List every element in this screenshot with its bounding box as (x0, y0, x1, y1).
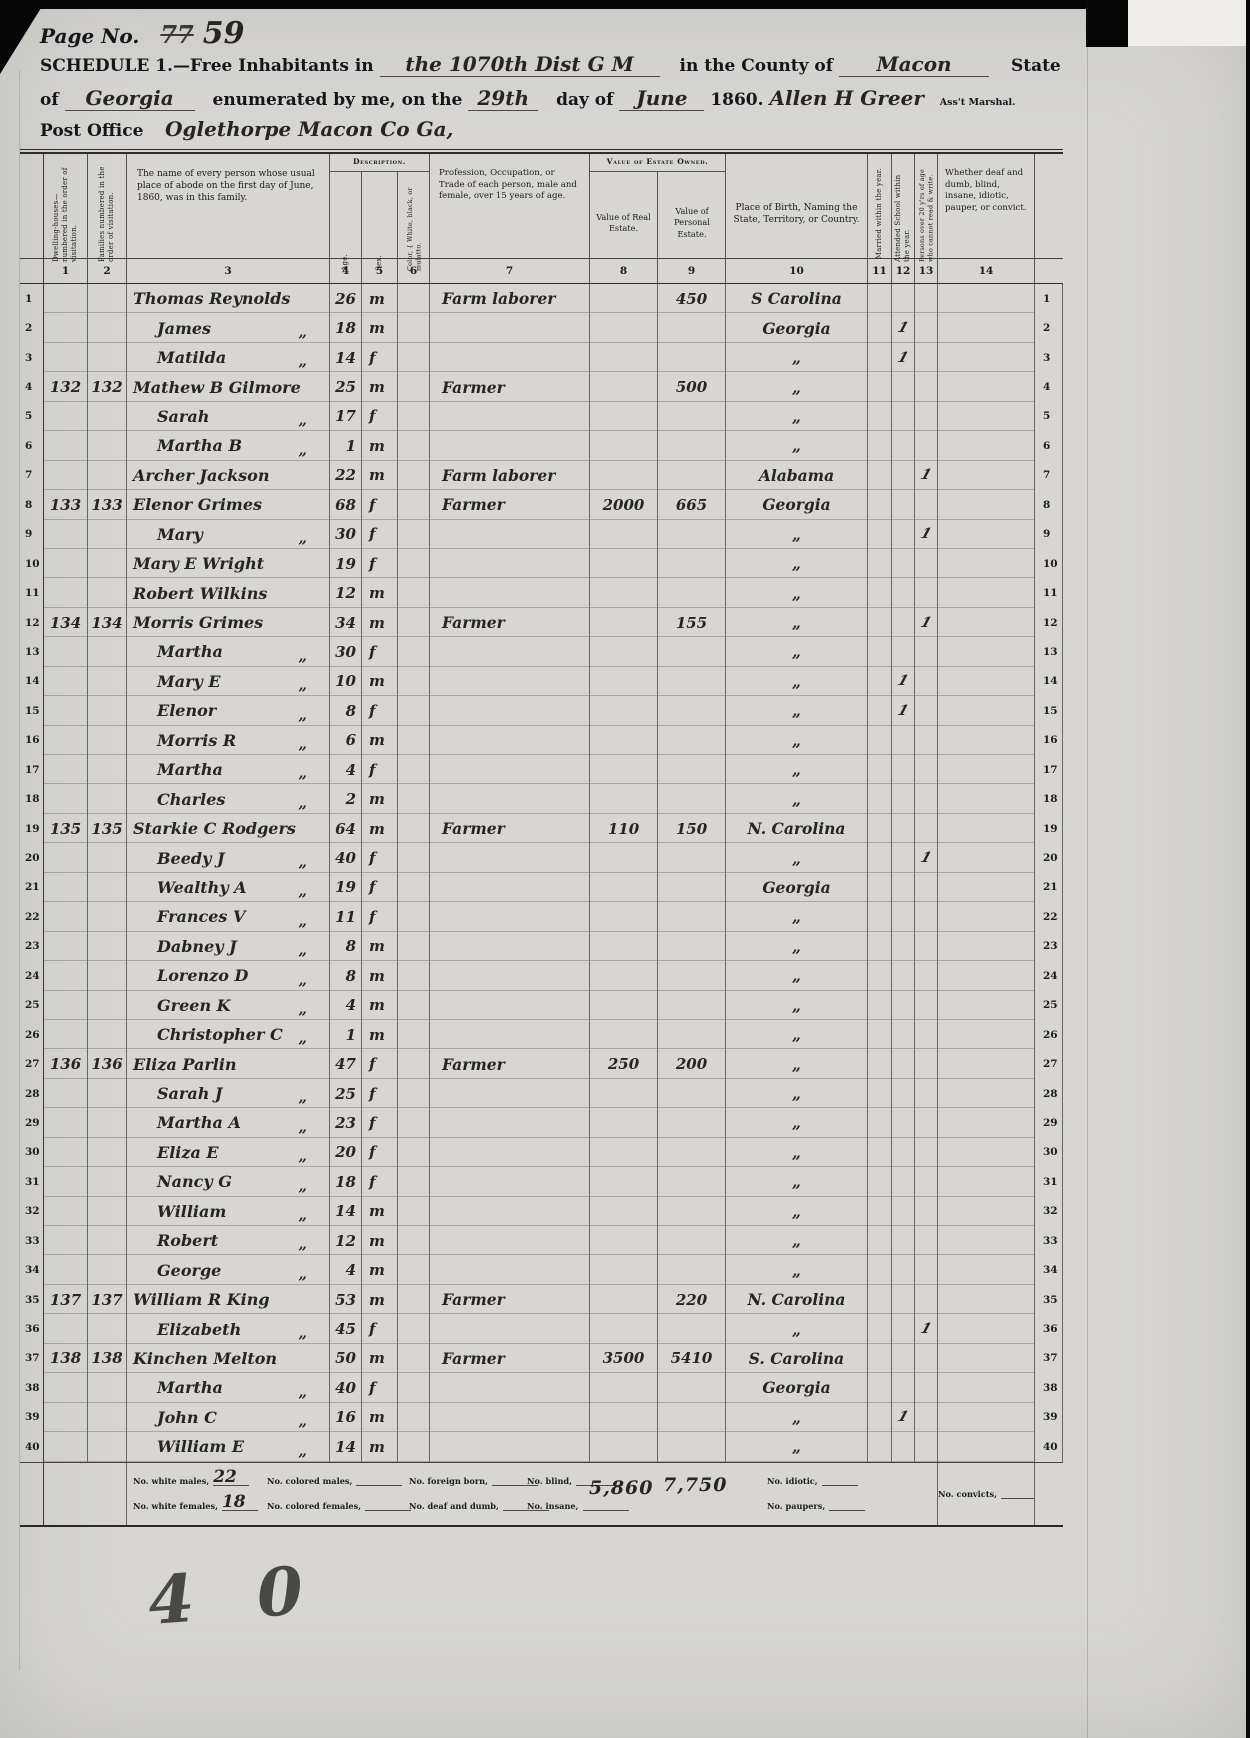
cell-age: 18 (330, 313, 362, 342)
cell-personal-estate: 220 (658, 1285, 726, 1314)
cell-personal-estate: 155 (658, 608, 726, 637)
convicts-label: No. convicts, (938, 1489, 997, 1499)
table-row: 7Archer Jackson22mFarm laborerAlabama17 (20, 461, 1063, 490)
cell-birthplace: „ (726, 726, 868, 755)
cell-school (892, 1344, 915, 1373)
cell-occupation: Farm laborer (430, 284, 590, 313)
cell-sex: m (362, 1255, 398, 1284)
cell-remarks (938, 1167, 1035, 1196)
cell-remarks (938, 1020, 1035, 1049)
cell-personal-estate (658, 1167, 726, 1196)
table-row: 19135135Starkie C Rodgers64mFarmer110150… (20, 814, 1063, 843)
cell-real-estate: 110 (590, 814, 658, 843)
cell-dwelling (43, 1403, 88, 1432)
cell-cannot-read (915, 1049, 938, 1078)
row-number-right: 15 (1035, 696, 1063, 725)
cell-birthplace: „ (726, 1314, 868, 1343)
cell-cannot-read (915, 696, 938, 725)
cell-school (892, 784, 915, 813)
cell-birthplace: „ (726, 1079, 868, 1108)
row-number-right: 16 (1035, 726, 1063, 755)
cell-age: 6 (330, 726, 362, 755)
total-real-estate: 5,860 (589, 1477, 654, 1499)
cell-remarks (938, 372, 1035, 401)
cell-family (88, 1167, 127, 1196)
cell-cannot-read (915, 313, 938, 342)
cell-married (868, 1344, 892, 1373)
cell-sex: m (362, 1197, 398, 1226)
cell-name: Thomas Reynolds (127, 284, 330, 313)
cell-remarks (938, 284, 1035, 313)
cell-birthplace: „ (726, 1167, 868, 1196)
cell-sex: m (362, 1226, 398, 1255)
cell-family (88, 1432, 127, 1461)
cell-school (892, 431, 915, 460)
cell-cannot-read (915, 402, 938, 431)
cell-remarks (938, 873, 1035, 902)
cell-remarks (938, 1108, 1035, 1137)
row-number-left: 24 (20, 961, 43, 990)
cell-birthplace: „ (726, 755, 868, 784)
cell-color (398, 1049, 430, 1078)
cell-dwelling: 132 (43, 372, 88, 401)
cell-personal-estate (658, 578, 726, 607)
cell-dwelling (43, 696, 88, 725)
cell-real-estate (590, 1079, 658, 1108)
cell-name: James„ (127, 313, 330, 342)
cell-personal-estate (658, 1079, 726, 1108)
row-number-right: 35 (1035, 1285, 1063, 1314)
cell-school: 1 (892, 696, 915, 725)
cell-cannot-read (915, 1403, 938, 1432)
row-number-right: 12 (1035, 608, 1063, 637)
cell-birthplace: „ (726, 784, 868, 813)
cell-color (398, 1226, 430, 1255)
cell-real-estate (590, 667, 658, 696)
cell-real-estate (590, 1226, 658, 1255)
cell-sex: f (362, 637, 398, 666)
cell-remarks (938, 1049, 1035, 1078)
cell-occupation (430, 1197, 590, 1226)
cell-real-estate (590, 1020, 658, 1049)
cell-remarks (938, 402, 1035, 431)
cell-personal-estate (658, 461, 726, 490)
cell-school: 1 (892, 1403, 915, 1432)
cell-real-estate (590, 549, 658, 578)
cell-dwelling (43, 313, 88, 342)
cell-occupation (430, 1079, 590, 1108)
cell-dwelling (43, 1167, 88, 1196)
cell-cannot-read (915, 873, 938, 902)
row-number-right: 20 (1035, 843, 1063, 872)
row-number-left: 25 (20, 991, 43, 1020)
cell-cannot-read (915, 1344, 938, 1373)
cell-occupation (430, 755, 590, 784)
cell-age: 2 (330, 784, 362, 813)
cell-school (892, 843, 915, 872)
summary-left-cell (43, 1463, 127, 1525)
table-row: 4132132Mathew B Gilmore25mFarmer500„4 (20, 372, 1063, 401)
cell-sex: f (362, 902, 398, 931)
cell-dwelling (43, 1432, 88, 1461)
row-number-left: 8 (20, 490, 43, 519)
table-row: 28Sarah J„25f„28 (20, 1079, 1063, 1108)
cell-real-estate (590, 461, 658, 490)
cell-married (868, 843, 892, 872)
summary-row: No. white males,22 No. colored males, No… (20, 1462, 1063, 1527)
cell-cannot-read (915, 1226, 938, 1255)
post-office-label: Post Office (40, 121, 143, 141)
cell-personal-estate (658, 1226, 726, 1255)
cell-name: Mary„ (127, 520, 330, 549)
table-row: 38Martha„40fGeorgia38 (20, 1373, 1063, 1402)
cell-school (892, 1432, 915, 1461)
cell-sex: f (362, 490, 398, 519)
cell-age: 4 (330, 991, 362, 1020)
cell-color (398, 814, 430, 843)
cell-age: 26 (330, 284, 362, 313)
header-sex: Sex. (362, 172, 398, 274)
cell-remarks (938, 1373, 1035, 1402)
cell-family (88, 784, 127, 813)
cell-sex: m (362, 814, 398, 843)
cell-occupation (430, 932, 590, 961)
cell-personal-estate (658, 932, 726, 961)
cell-remarks (938, 1255, 1035, 1284)
cell-color (398, 313, 430, 342)
cell-color (398, 637, 430, 666)
cell-personal-estate: 500 (658, 372, 726, 401)
row-number-right: 37 (1035, 1344, 1063, 1373)
header-remarks: Whether deaf and dumb, blind, insane, id… (938, 154, 1035, 274)
cell-occupation (430, 1255, 590, 1284)
cell-married (868, 1138, 892, 1167)
cell-real-estate (590, 1255, 658, 1284)
cell-married (868, 1197, 892, 1226)
cell-age: 23 (330, 1108, 362, 1137)
cell-real-estate (590, 843, 658, 872)
cell-occupation (430, 1432, 590, 1461)
cell-name: Mary E„ (127, 667, 330, 696)
table-header: Dwelling-houses— numbered in the order o… (20, 154, 1063, 258)
cell-school (892, 578, 915, 607)
cell-dwelling: 137 (43, 1285, 88, 1314)
cell-color (398, 932, 430, 961)
header-families: Families numbered in the order of visita… (88, 154, 127, 274)
cell-age: 40 (330, 843, 362, 872)
cell-occupation (430, 343, 590, 372)
cell-family (88, 932, 127, 961)
cell-color (398, 667, 430, 696)
cell-personal-estate (658, 549, 726, 578)
cell-dwelling: 136 (43, 1049, 88, 1078)
cell-occupation (430, 578, 590, 607)
cell-birthplace: S. Carolina (726, 1344, 868, 1373)
header-occupation: Profession, Occupation, or Trade of each… (430, 154, 590, 274)
census-page: Page No. 77 59 SCHEDULE 1.—Free Inhabita… (0, 0, 1250, 1738)
cell-family (88, 431, 127, 460)
cell-birthplace: „ (726, 932, 868, 961)
cell-color (398, 755, 430, 784)
cell-age: 40 (330, 1373, 362, 1402)
cell-real-estate (590, 991, 658, 1020)
row-number-right: 31 (1035, 1167, 1063, 1196)
header-school: Attended School within the year. (892, 154, 915, 274)
cell-occupation (430, 667, 590, 696)
cell-dwelling (43, 1197, 88, 1226)
cell-real-estate (590, 520, 658, 549)
enumerated-label: enumerated by me, on the (213, 90, 463, 110)
cell-school (892, 755, 915, 784)
cell-name: Beedy J„ (127, 843, 330, 872)
cell-personal-estate (658, 1314, 726, 1343)
cell-occupation: Farmer (430, 372, 590, 401)
cell-age: 1 (330, 1020, 362, 1049)
county-label: in the County of (680, 56, 834, 76)
state-label: State (1011, 56, 1061, 76)
row-number-left: 7 (20, 461, 43, 490)
cell-school (892, 1049, 915, 1078)
cell-sex: f (362, 520, 398, 549)
cell-birthplace: „ (726, 696, 868, 725)
cell-name: Dabney J„ (127, 932, 330, 961)
cell-dwelling (43, 520, 88, 549)
white-males-label: No. white males, (133, 1476, 209, 1486)
cell-sex: m (362, 991, 398, 1020)
cell-name: Mathew B Gilmore (127, 372, 330, 401)
cell-occupation: Farmer (430, 1344, 590, 1373)
cell-occupation (430, 784, 590, 813)
cell-color (398, 1285, 430, 1314)
cell-name: Elizabeth„ (127, 1314, 330, 1343)
cell-real-estate: 3500 (590, 1344, 658, 1373)
cell-age: 64 (330, 814, 362, 843)
cell-family: 136 (88, 1049, 127, 1078)
cell-family (88, 461, 127, 490)
cell-family (88, 1226, 127, 1255)
cell-remarks (938, 1285, 1035, 1314)
cell-personal-estate (658, 726, 726, 755)
cell-real-estate (590, 1432, 658, 1461)
cell-dwelling (43, 932, 88, 961)
white-females-label: No. white females, (133, 1501, 218, 1511)
cell-real-estate (590, 608, 658, 637)
cell-sex: f (362, 873, 398, 902)
day-field: 29th (468, 86, 538, 111)
cell-age: 8 (330, 932, 362, 961)
cell-birthplace: „ (726, 578, 868, 607)
cell-school (892, 991, 915, 1020)
cell-real-estate (590, 902, 658, 931)
cell-married (868, 991, 892, 1020)
table-row: 6Martha B„1m„6 (20, 431, 1063, 460)
cell-color (398, 991, 430, 1020)
cell-school: 1 (892, 667, 915, 696)
cell-birthplace: Georgia (726, 490, 868, 519)
cell-school (892, 520, 915, 549)
cell-name: Sarah„ (127, 402, 330, 431)
cell-name: Martha„ (127, 637, 330, 666)
post-office-field: Oglethorpe Macon Co Ga, (149, 117, 469, 141)
cell-sex: f (362, 1167, 398, 1196)
cell-color (398, 284, 430, 313)
cell-family (88, 961, 127, 990)
cell-cannot-read (915, 490, 938, 519)
cell-dwelling: 138 (43, 1344, 88, 1373)
cell-married (868, 431, 892, 460)
schedule-title-line: SCHEDULE 1.—Free Inhabitants in the 1070… (40, 52, 1061, 77)
cell-sex: f (362, 1049, 398, 1078)
cell-dwelling (43, 873, 88, 902)
row-number-right: 19 (1035, 814, 1063, 843)
cell-family: 137 (88, 1285, 127, 1314)
cell-real-estate (590, 1138, 658, 1167)
table-row: 39John C„16m„139 (20, 1403, 1063, 1432)
cell-cannot-read (915, 1255, 938, 1284)
cell-age: 1 (330, 431, 362, 460)
cell-personal-estate (658, 402, 726, 431)
row-number-right: 32 (1035, 1197, 1063, 1226)
cell-age: 50 (330, 1344, 362, 1373)
cell-name: Nancy G„ (127, 1167, 330, 1196)
cell-color (398, 1314, 430, 1343)
cell-personal-estate (658, 991, 726, 1020)
cell-dwelling (43, 1020, 88, 1049)
cell-remarks (938, 490, 1035, 519)
cell-age: 30 (330, 520, 362, 549)
cell-dwelling: 133 (43, 490, 88, 519)
cell-cannot-read (915, 578, 938, 607)
cell-married (868, 1020, 892, 1049)
cell-family (88, 313, 127, 342)
table-row: 33Robert„12m„33 (20, 1226, 1063, 1255)
cell-remarks (938, 520, 1035, 549)
cell-family (88, 1079, 127, 1108)
cell-personal-estate: 150 (658, 814, 726, 843)
table-row: 9Mary„30f„19 (20, 520, 1063, 549)
cell-birthplace: „ (726, 1138, 868, 1167)
cell-age: 8 (330, 696, 362, 725)
cell-occupation (430, 991, 590, 1020)
paupers-label: No. paupers, (767, 1501, 825, 1511)
cell-personal-estate (658, 431, 726, 460)
row-number-left: 6 (20, 431, 43, 460)
cell-remarks (938, 1314, 1035, 1343)
row-number-right: 10 (1035, 549, 1063, 578)
cell-occupation (430, 1403, 590, 1432)
cell-dwelling: 135 (43, 814, 88, 843)
row-number-left: 20 (20, 843, 43, 872)
cell-married (868, 520, 892, 549)
row-number-right: 30 (1035, 1138, 1063, 1167)
header-name: The name of every person whose usual pla… (127, 154, 330, 274)
cell-occupation: Farmer (430, 1285, 590, 1314)
row-number-left: 22 (20, 902, 43, 931)
row-number-left: 11 (20, 578, 43, 607)
cell-color (398, 549, 430, 578)
foreign-born-label: No. foreign born, (409, 1476, 488, 1486)
table-row: 34George„4m„34 (20, 1255, 1063, 1284)
cell-school (892, 637, 915, 666)
table-row: 25Green K„4m„25 (20, 991, 1063, 1020)
cell-cannot-read (915, 814, 938, 843)
cell-family (88, 1373, 127, 1402)
table-row: 32William„14m„32 (20, 1197, 1063, 1226)
cell-name: Robert Wilkins (127, 578, 330, 607)
cell-cannot-read (915, 755, 938, 784)
cell-remarks (938, 843, 1035, 872)
census-table: Dwelling-houses— numbered in the order o… (20, 152, 1063, 1527)
table-row: 15Elenor„8f„115 (20, 696, 1063, 725)
cell-color (398, 726, 430, 755)
cell-family (88, 991, 127, 1020)
cell-name: Starkie C Rodgers (127, 814, 330, 843)
row-number-left: 9 (20, 520, 43, 549)
cell-occupation (430, 726, 590, 755)
cell-dwelling (43, 755, 88, 784)
idiotic-label: No. idiotic, (767, 1476, 818, 1486)
header-birthplace: Place of Birth, Naming the State, Territ… (726, 154, 868, 274)
cell-remarks (938, 1403, 1035, 1432)
cell-sex: f (362, 1138, 398, 1167)
cell-occupation (430, 1314, 590, 1343)
cell-personal-estate: 450 (658, 284, 726, 313)
scan-artifact-topright (1086, 0, 1128, 47)
row-number-left: 13 (20, 637, 43, 666)
cell-birthplace: Georgia (726, 1373, 868, 1402)
cell-age: 4 (330, 755, 362, 784)
row-number-left: 2 (20, 313, 43, 342)
cell-name: Wealthy A„ (127, 873, 330, 902)
cell-birthplace: „ (726, 667, 868, 696)
cell-sex: m (362, 1344, 398, 1373)
page-no-struck: 77 (160, 20, 193, 49)
row-number-left: 16 (20, 726, 43, 755)
row-number-left: 5 (20, 402, 43, 431)
white-males-value: 22 (213, 1467, 237, 1487)
table-row: 21Wealthy A„19fGeorgia21 (20, 873, 1063, 902)
scan-fold-line (1087, 0, 1088, 1738)
row-number-left: 27 (20, 1049, 43, 1078)
cell-occupation (430, 1373, 590, 1402)
cell-personal-estate: 200 (658, 1049, 726, 1078)
cell-married (868, 961, 892, 990)
cell-school: 1 (892, 343, 915, 372)
cell-sex: m (362, 578, 398, 607)
cell-remarks (938, 696, 1035, 725)
table-row: 35137137William R King53mFarmer220N. Car… (20, 1285, 1063, 1314)
cell-age: 19 (330, 873, 362, 902)
cell-age: 8 (330, 961, 362, 990)
cell-school (892, 402, 915, 431)
row-number-right: 26 (1035, 1020, 1063, 1049)
cell-color (398, 490, 430, 519)
row-number-left: 10 (20, 549, 43, 578)
row-number-right: 28 (1035, 1079, 1063, 1108)
cell-family: 133 (88, 490, 127, 519)
cell-married (868, 1108, 892, 1137)
row-number-right: 38 (1035, 1373, 1063, 1402)
cell-remarks (938, 343, 1035, 372)
cell-sex: f (362, 843, 398, 872)
row-number-right: 27 (1035, 1049, 1063, 1078)
cell-dwelling (43, 726, 88, 755)
cell-color (398, 1167, 430, 1196)
row-number-left: 19 (20, 814, 43, 843)
cell-occupation (430, 1167, 590, 1196)
table-row: 17Martha„4f„17 (20, 755, 1063, 784)
cell-sex: f (362, 1108, 398, 1137)
